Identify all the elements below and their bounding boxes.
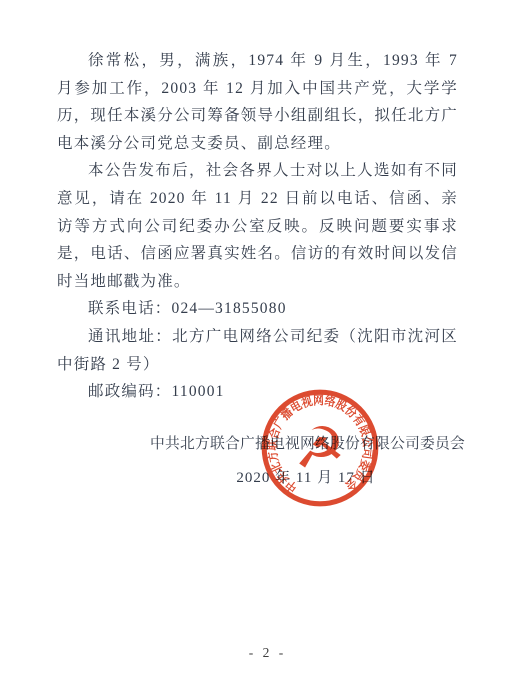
signature-organization: 中共北方联合广播电视网络股份有限公司委员会 (150, 432, 462, 453)
paragraph-public-notice: 本公告发布后，社会各界人士对以上人选如有不同意见，请在 2020 年 11 月 … (57, 157, 458, 295)
paragraph-candidate-bio: 徐常松，男，满族，1974 年 9 月生，1993 年 7 月参加工作，2003… (57, 47, 458, 157)
document-page: 徐常松，男，满族，1974 年 9 月生，1993 年 7 月参加工作，2003… (0, 0, 514, 678)
signature-block: 中共北方联合广播电视网络股份有限公司委员会 2020 年 11 月 17 日 (150, 432, 462, 487)
signature-date: 2020 年 11 月 17 日 (150, 466, 462, 487)
contact-postcode-line: 邮政编码：110001 (57, 378, 458, 406)
contact-phone-line: 联系电话：024—31855080 (57, 295, 458, 323)
page-number: - 2 - (60, 645, 475, 661)
contact-address-line: 通讯地址：北方广电网络公司纪委（沈阳市沈河区中街路 2 号） (57, 323, 458, 378)
document-body: 徐常松，男，满族，1974 年 9 月生，1993 年 7 月参加工作，2003… (57, 47, 458, 406)
